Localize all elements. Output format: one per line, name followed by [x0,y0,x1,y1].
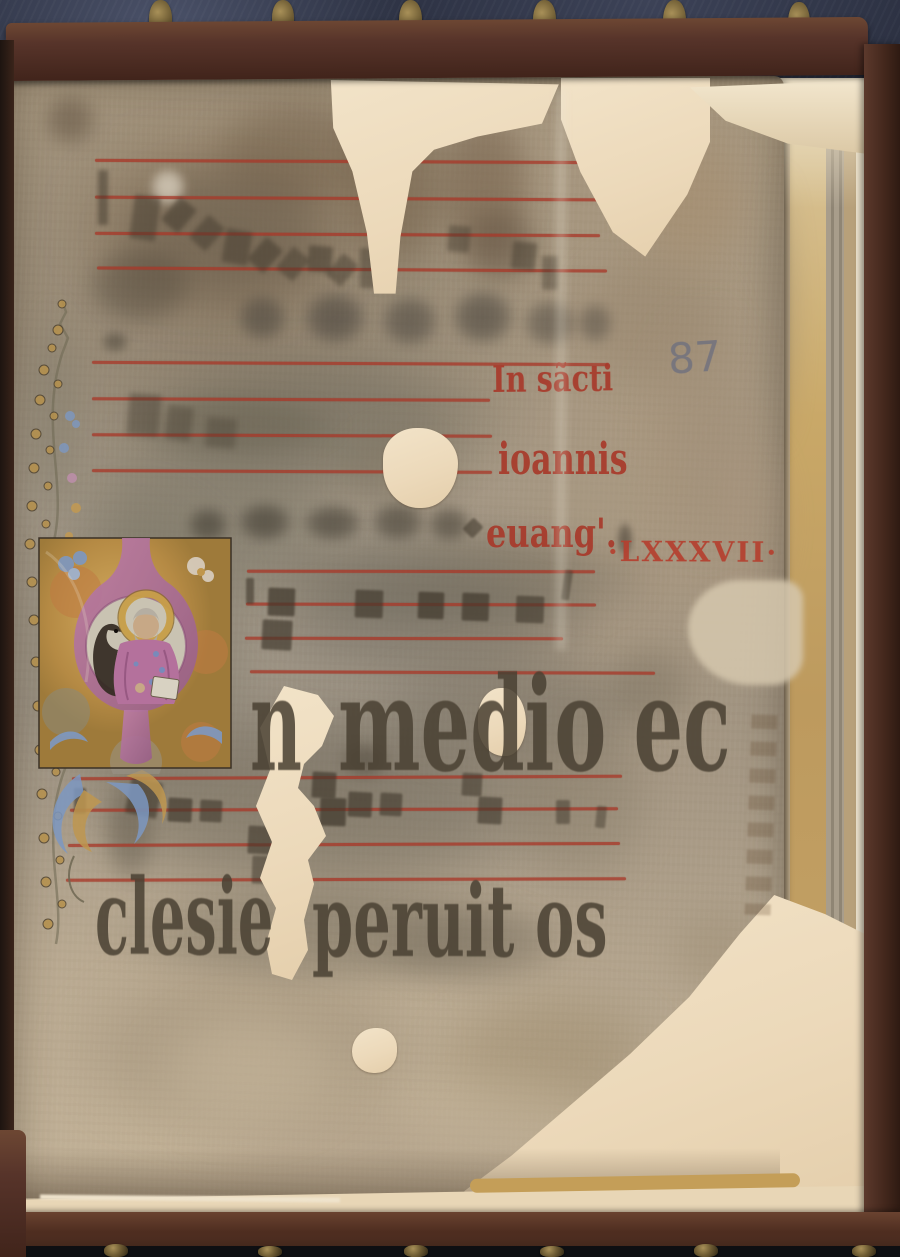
chant-line1-text: medio ec [338,660,731,790]
neume [268,588,296,617]
neume [205,417,238,450]
chant-line1-initial-fragment: n [250,660,302,790]
brass-stud [852,1245,876,1257]
neume [199,799,222,822]
vertical-crease-highlight [556,90,566,650]
neume [556,800,570,824]
rubric-line-3: euang'. [486,514,617,554]
neume [447,225,471,253]
neume [320,798,347,827]
manuscript-photo: In sãcti ioannis euang'. ·LXXXVII· 87 n … [0,0,900,1257]
neume [511,241,538,271]
pencil-foliation: 87 [666,331,723,384]
brass-stud [404,1245,428,1257]
brass-stud [540,1246,564,1257]
illuminated-initial [36,532,236,774]
folio-number: ·LXXXVII· [608,538,778,567]
neume [462,593,490,622]
neume [261,619,293,651]
binding-left-sliver [0,40,14,1257]
neume [516,596,545,624]
loss-patch-tiny [352,1028,397,1073]
neume [418,592,445,620]
neume [355,590,384,619]
neume [98,170,108,225]
bottom-shadow-strip [0,1246,900,1257]
brass-stud [694,1244,718,1257]
binding-top [6,17,868,81]
neume [246,578,254,604]
rubric-line-1: In sãcti [492,361,613,398]
binding-bottom-left-corner [0,1130,26,1257]
brass-stud [104,1244,128,1257]
binding-right [864,44,900,1257]
neume [311,771,336,798]
chant-line2-right: peruit os [312,871,608,971]
brass-stud [258,1246,282,1257]
